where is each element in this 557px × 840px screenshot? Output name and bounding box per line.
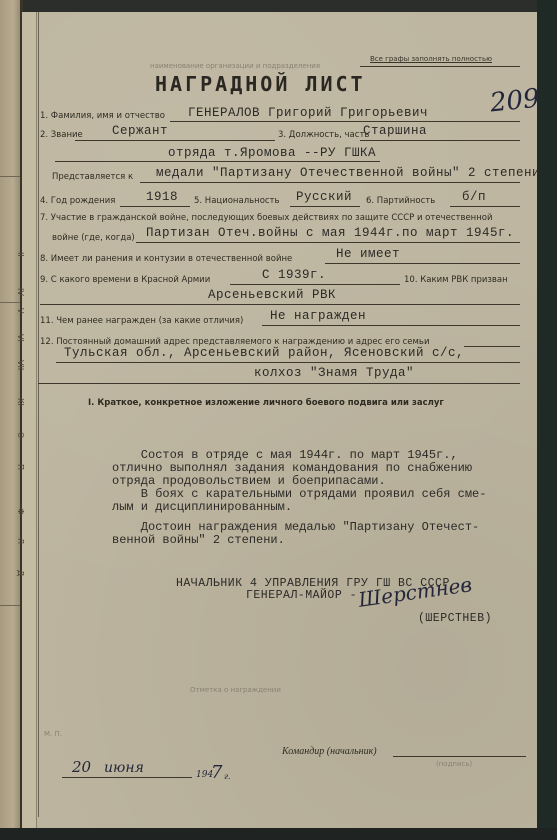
service-label-line2: войне (где, когда) — [52, 233, 135, 243]
page-title: НАГРАДНОЙ ЛИСТ — [155, 72, 366, 96]
field-rule — [56, 362, 520, 363]
army-since-value: С 1939г. — [262, 268, 326, 282]
service-label-line1: 7. Участие в гражданской войне, последую… — [40, 213, 493, 223]
field-rule — [136, 242, 520, 243]
faint-note: М. П. — [44, 730, 62, 738]
margin-mark: IV — [16, 288, 25, 296]
field-rule — [262, 325, 520, 326]
presented-label: Представляется к — [52, 172, 133, 182]
field-rule — [75, 140, 275, 141]
margin-mark: П — [16, 464, 25, 470]
margin-mark: VI — [16, 334, 25, 342]
field-rule — [120, 206, 190, 207]
field-rule — [230, 284, 400, 285]
margin-mark: XI — [16, 398, 25, 406]
margin-mark: Д — [16, 570, 25, 576]
field-rule — [55, 161, 380, 162]
date-day: 20 — [72, 758, 91, 776]
previous-page-edge — [0, 0, 22, 840]
service-value: Партизан Отеч.войны с мая 1944г.по март … — [146, 226, 514, 240]
date-suffix: г. — [224, 772, 231, 781]
address-value-line1: Тульская обл., Арсеньевский район, Ясено… — [64, 346, 464, 360]
field-position-label: 3. Должность, часть — [278, 130, 369, 140]
body-line: венной войны" 2 степени. — [112, 534, 486, 547]
faint-note: Отметка о награждении — [190, 686, 281, 694]
nationality-value: Русский — [296, 190, 352, 204]
army-since-label: 9. С какого времени в Красной Армии — [40, 275, 210, 285]
field-rule — [38, 383, 520, 384]
field-rank-label: 2. Звание — [40, 130, 83, 140]
margin-mark: Л — [16, 538, 25, 544]
prior-awards-label: 11. Чем ранее награжден (за какие отличи… — [40, 316, 243, 326]
field-rank-value: Сержант — [112, 124, 168, 138]
wounds-value: Не имеет — [336, 247, 400, 261]
birth-year-value: 1918 — [146, 190, 178, 204]
prior-awards-value: Не награжден — [270, 309, 366, 323]
left-page-rule — [0, 605, 20, 606]
field-rule — [450, 206, 520, 207]
field-rule — [325, 263, 520, 264]
party-value: б/п — [462, 190, 486, 204]
wounds-label: 8. Имеет ли ранения и контузии в отечест… — [40, 254, 292, 264]
field-rule — [140, 182, 520, 183]
sheet-number: 209 — [489, 83, 542, 118]
field-rule — [170, 121, 520, 122]
field-rule — [360, 140, 520, 141]
signature-hint: (подпись) — [436, 760, 472, 768]
field-name-label: 1. Фамилия, имя и отчество — [40, 111, 165, 121]
nationality-label: 5. Национальность — [194, 196, 280, 206]
margin-mark: Ф — [16, 508, 25, 515]
presented-value: медали "Партизану Отечественной войны" 2… — [156, 166, 540, 180]
margin-mark: II — [16, 252, 25, 257]
left-page-rule — [0, 176, 20, 177]
date-year-digit: 7 — [211, 762, 222, 783]
header-note-rule — [360, 66, 520, 67]
scanner-edge-right — [537, 0, 557, 840]
field-rule — [40, 304, 520, 305]
body-line: лым и дисциплинированным. — [112, 501, 486, 514]
left-page-rule — [0, 302, 20, 303]
margin-mark: O — [16, 432, 25, 438]
signer-rank: ГЕНЕРАЛ-МАЙОР - — [246, 589, 357, 602]
rvk-value: Арсеньевский РВК — [208, 288, 336, 302]
field-name-value: ГЕНЕРАЛОВ Григорий Григорьевич — [188, 106, 428, 120]
address-value-line2: колхоз "Знамя Труда" — [254, 366, 414, 380]
margin-mark: VII — [16, 360, 25, 370]
section-heading: I. Краткое, конкретное изложение личного… — [88, 398, 444, 408]
field-rule — [290, 206, 360, 207]
binding-margin: II IV V VI VII XI O П Ф Л Д — [22, 12, 37, 828]
field-unit-value: отряда т.Яромова --РУ ГШКА — [168, 146, 376, 160]
birth-year-label: 4. Год рождения — [40, 196, 115, 206]
faint-header: наименование организации и подразделения — [150, 62, 320, 70]
commander-signature-rule — [393, 756, 526, 757]
party-label: 6. Партийность — [366, 196, 435, 206]
signer-name: (ШЕРСТНЕВ) — [418, 612, 492, 625]
field-rule — [464, 346, 520, 347]
header-note: Все графы заполнять полностью — [370, 55, 492, 63]
margin-rule — [38, 12, 39, 817]
date-rule — [62, 777, 192, 778]
section-body: Состоя в отряде с мая 1944г. по март 194… — [112, 449, 486, 547]
rvk-label: 10. Каким РВК призван — [404, 275, 508, 285]
field-position-value: Старшина — [363, 124, 427, 138]
scanner-edge-bottom — [0, 828, 557, 840]
margin-mark: V — [16, 308, 25, 313]
date-month: июня — [104, 760, 144, 776]
commander-label: Командир (начальник) — [282, 746, 377, 757]
